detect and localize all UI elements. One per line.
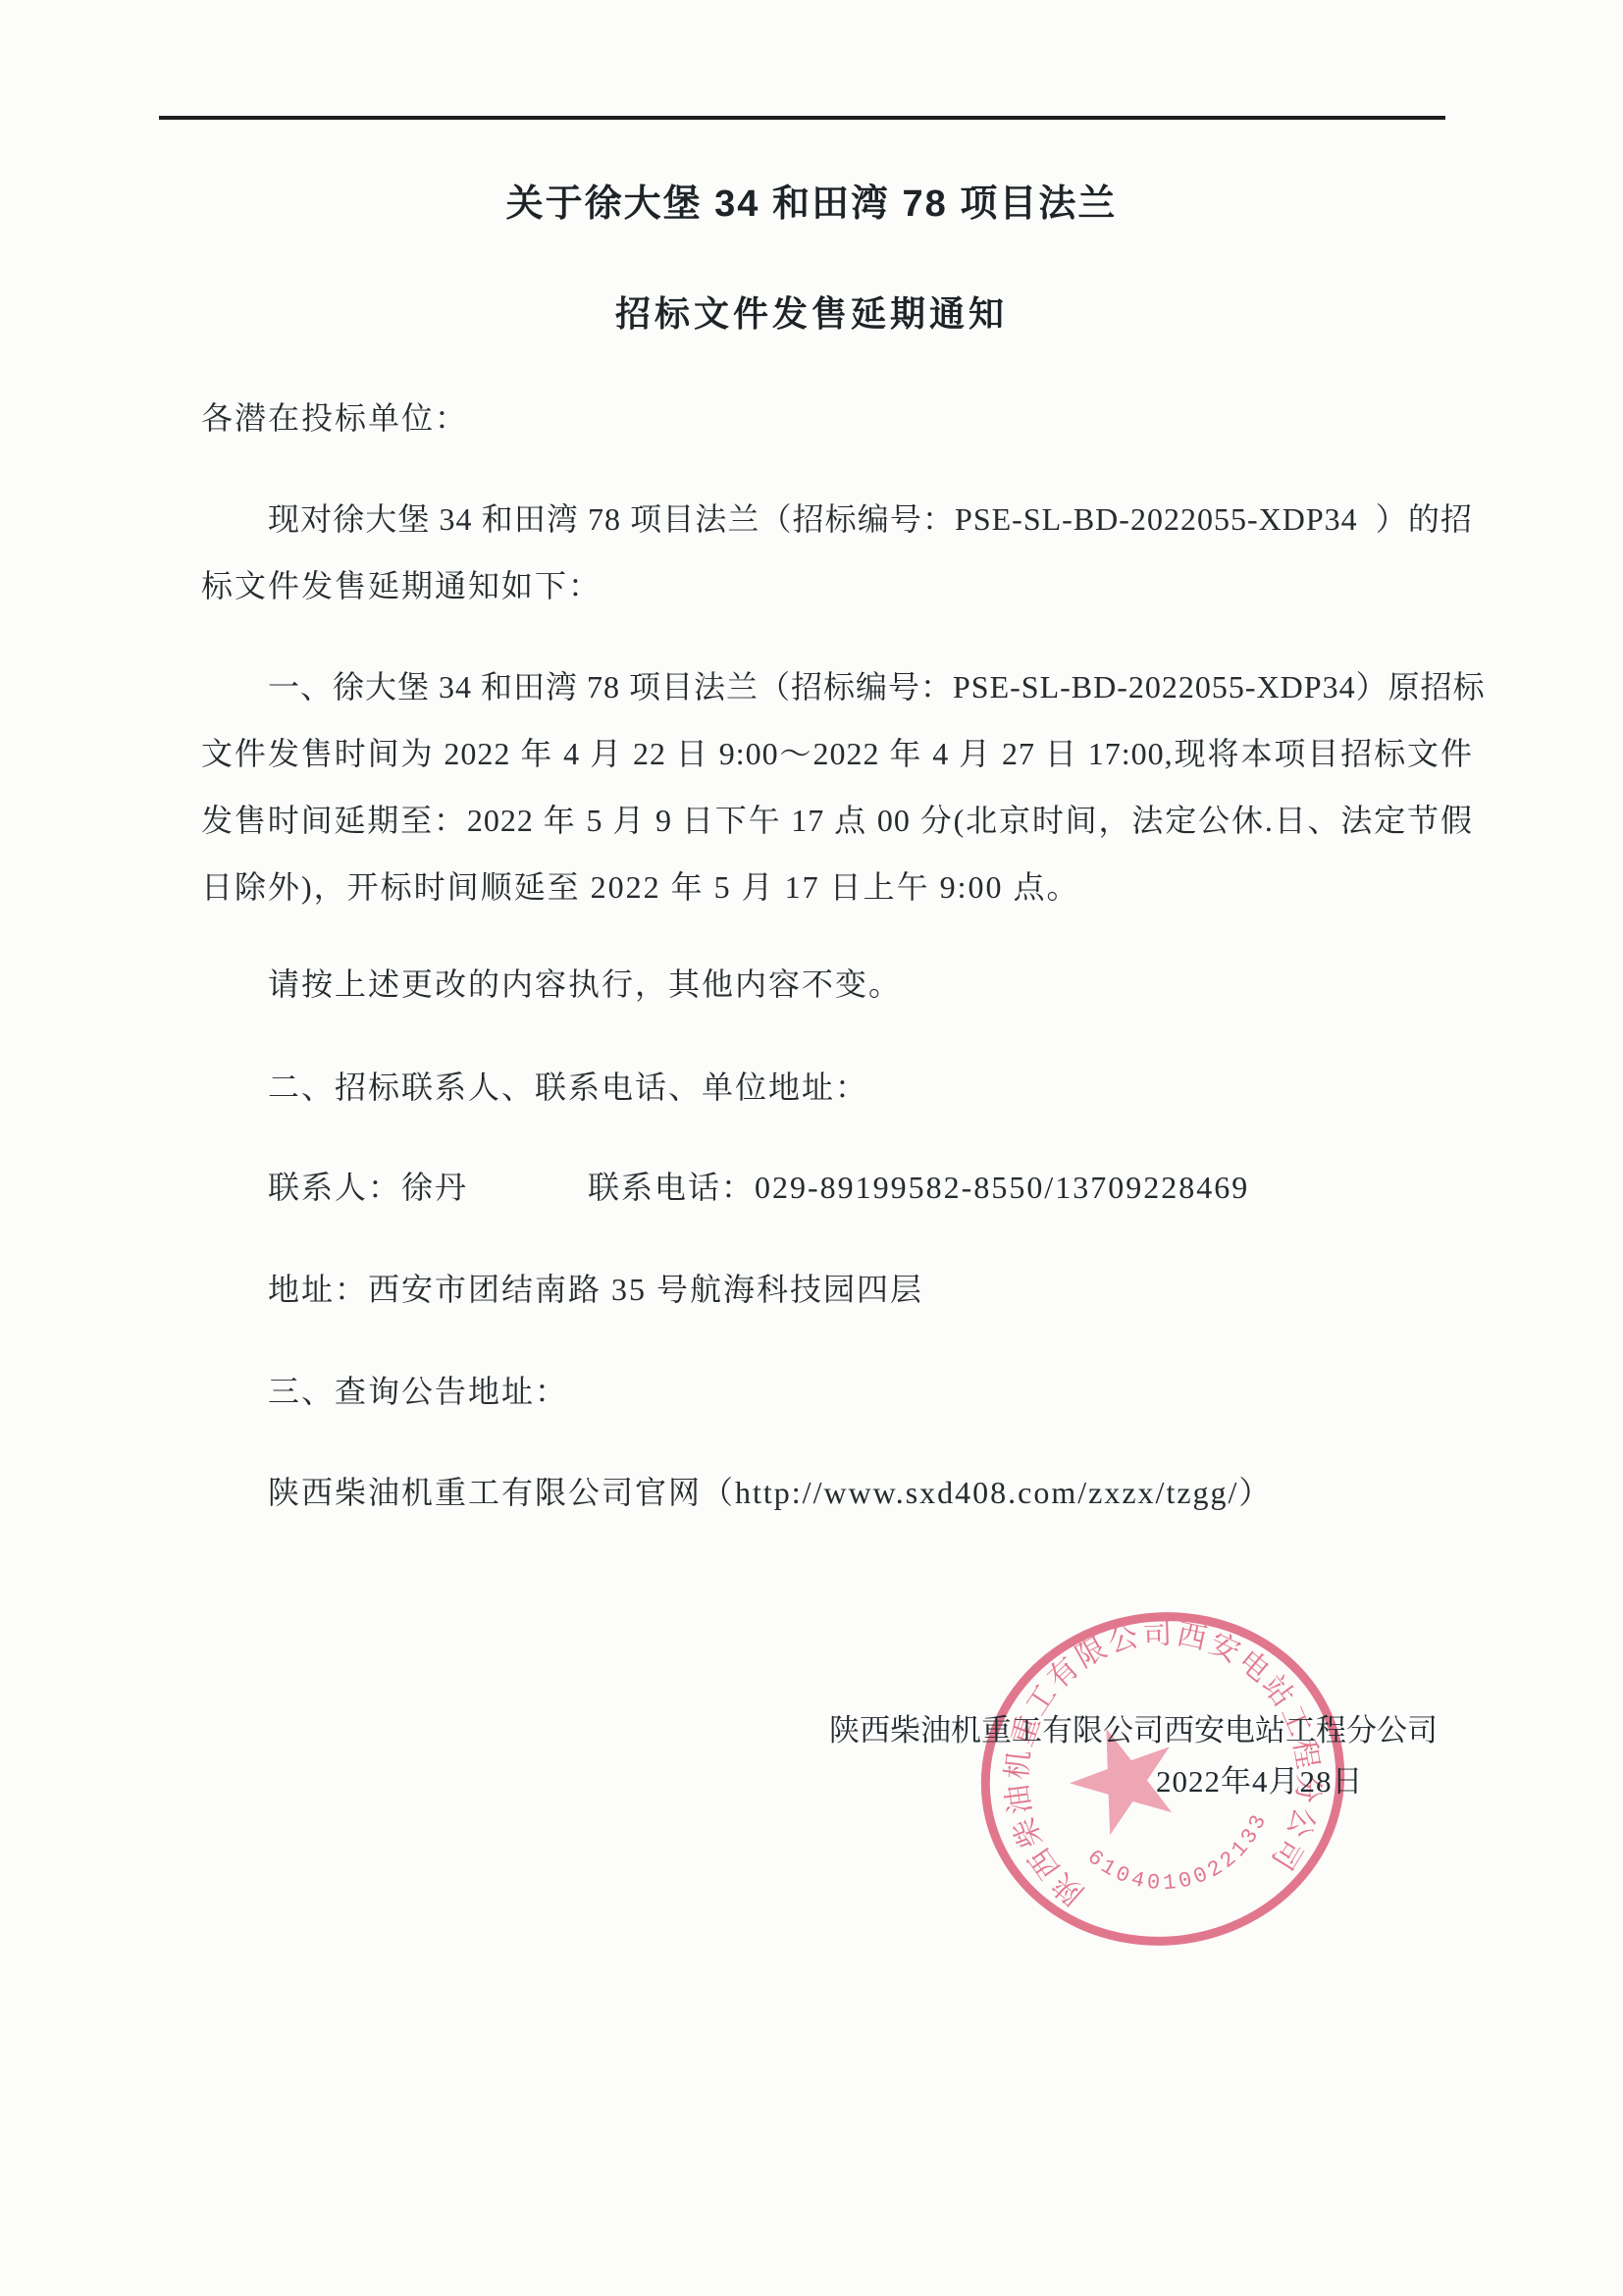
page-subtitle: 招标文件发售延期通知 <box>0 287 1623 337</box>
contact-person: 联系人：徐丹 <box>268 1170 468 1205</box>
scanned-notice-page: 关于徐大堡 34 和田湾 78 项目法兰 招标文件发售延期通知 各潜在投标单位：… <box>0 0 1623 2296</box>
header-rule <box>159 116 1445 120</box>
contact-line: 联系人：徐丹联系电话：029-89199582-8550/13709228469 <box>268 1170 1249 1206</box>
page-title: 关于徐大堡 34 和田湾 78 项目法兰 <box>0 173 1623 227</box>
svg-text:6104010022133: 6104010022133 <box>1077 1805 1282 1907</box>
contact-phone: 联系电话：029-89199582-8550/13709228469 <box>588 1170 1249 1205</box>
signature-date: 2022年4月28日 <box>1156 1756 1364 1800</box>
greeting-line: 各潜在投标单位： <box>201 400 468 437</box>
section1-line4: 日除外)，开标时间顺延至 2022 年 5 月 17 日上午 9:00 点。 <box>201 869 1080 906</box>
address-line: 地址：西安市团结南路 35 号航海科技园四层 <box>268 1272 923 1308</box>
section1-line2: 文件发售时间为 2022 年 4 月 22 日 9:00～2022 年 4 月 … <box>201 736 1473 772</box>
paragraph1-line2: 标文件发售延期通知如下： <box>201 568 602 604</box>
website-line: 陕西柴油机重工有限公司官网（http://www.sxd408.com/zxzx… <box>268 1475 1272 1511</box>
paragraph1-line1: 现对徐大堡 34 和田湾 78 项目法兰（招标编号：PSE-SL-BD-2022… <box>268 501 1473 538</box>
signature-company: 陕西柴油机重工有限公司西安电站工程分公司 <box>829 1705 1438 1749</box>
section1-line1: 一、徐大堡 34 和田湾 78 项目法兰（招标编号：PSE-SL-BD-2022… <box>268 669 1473 705</box>
seal-number: 6104010022133 <box>1077 1805 1282 1907</box>
section3-heading: 三、查询公告地址： <box>268 1374 568 1410</box>
paragraph2: 请按上述更改的内容执行，其他内容不变。 <box>268 966 902 1003</box>
section2-heading: 二、招标联系人、联系电话、单位地址： <box>268 1070 868 1106</box>
section1-line3: 发售时间延期至：2022 年 5 月 9 日下午 17 点 00 分(北京时间，… <box>201 803 1473 839</box>
